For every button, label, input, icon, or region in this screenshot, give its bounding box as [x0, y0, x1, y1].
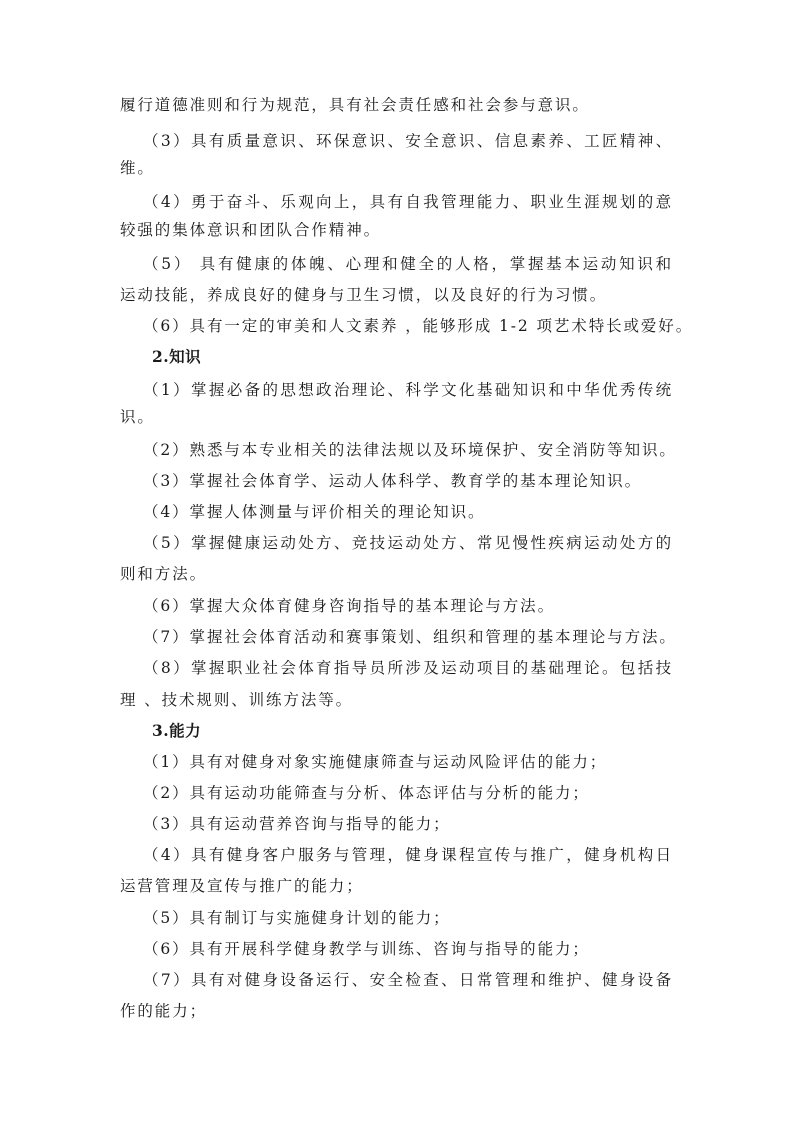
text-line: 运动技能，养成良好的健身与卫生习惯，以及良好的行为习惯。	[120, 285, 676, 305]
section-heading-knowledge: 2.知识	[152, 347, 708, 367]
text-line: 作的能力；	[120, 1001, 676, 1021]
section-heading-ability: 3.能力	[152, 721, 708, 741]
list-item-ability-2: （2）具有运动功能筛查与分析、体态评估与分析的能力；	[143, 783, 699, 803]
text-line: 履行道德准则和行为规范，具有社会责任感和社会参与意识。	[120, 95, 676, 115]
list-item-knowledge-7: （7）掌握社会体育活动和赛事策划、组织和管理的基本理论与方法。	[143, 627, 699, 647]
text-line: 较强的集体意识和团队合作精神。	[120, 220, 676, 240]
list-item-ability-4: （4）具有健身客户服务与管理，健身课程宣传与推广，健身机构日常基本	[143, 845, 673, 865]
text-line: 理 、技术规则、训练方法等。	[120, 690, 676, 710]
list-item-quality-3: （3）具有质量意识、环保意识、安全意识、信息素养、工匠精神、创新思	[143, 131, 673, 151]
list-item-knowledge-4: （4）掌握人体测量与评价相关的理论知识。	[143, 502, 699, 522]
text-line: 则和方法。	[120, 564, 676, 584]
list-item-knowledge-3: （3）掌握社会体育学、运动人体科学、教育学的基本理论知识。	[143, 471, 699, 491]
list-item-quality-6: （6）具有一定的审美和人文素养 ，能够形成 1-2 项艺术特长或爱好。	[143, 316, 699, 336]
text-line: 运营管理及宣传与推广的能力；	[120, 876, 676, 896]
list-item-knowledge-8: （8）掌握职业社会体育指导员所涉及运动项目的基础理论。包括技术原	[143, 658, 673, 678]
text-line: 识。	[120, 407, 676, 427]
list-item-ability-3: （3）具有运动营养咨询与指导的能力；	[143, 814, 699, 834]
list-item-ability-6: （6）具有开展科学健身教学与训练、咨询与指导的能力；	[143, 939, 699, 959]
list-item-knowledge-6: （6）掌握大众体育健身咨询指导的基本理论与方法。	[143, 596, 699, 616]
list-item-quality-5: （5） 具有健康的体魄、心理和健全的人格，掌握基本运动知识和 1-2 项	[143, 254, 673, 274]
list-item-ability-1: （1）具有对健身对象实施健康筛查与运动风险评估的能力；	[143, 752, 699, 772]
list-item-quality-4: （4）勇于奋斗、乐观向上，具有自我管理能力、职业生涯规划的意识，有	[143, 192, 673, 212]
list-item-ability-5: （5）具有制订与实施健身计划的能力；	[143, 908, 699, 928]
text-line: 维。	[120, 158, 676, 178]
list-item-ability-7: （7）具有对健身设备运行、安全检查、日常管理和维护、健身设备安全操	[143, 970, 673, 990]
list-item-knowledge-5: （5）掌握健康运动处方、竞技运动处方、常见慢性疾病运动处方的制定原	[143, 533, 673, 553]
list-item-knowledge-1: （1）掌握必备的思想政治理论、科学文化基础知识和中华优秀传统文化知	[143, 380, 673, 400]
list-item-knowledge-2: （2）熟悉与本专业相关的法律法规以及环境保护、安全消防等知识。	[143, 440, 699, 460]
document-page: 履行道德准则和行为规范，具有社会责任感和社会参与意识。 （3）具有质量意识、环保…	[0, 0, 793, 1122]
